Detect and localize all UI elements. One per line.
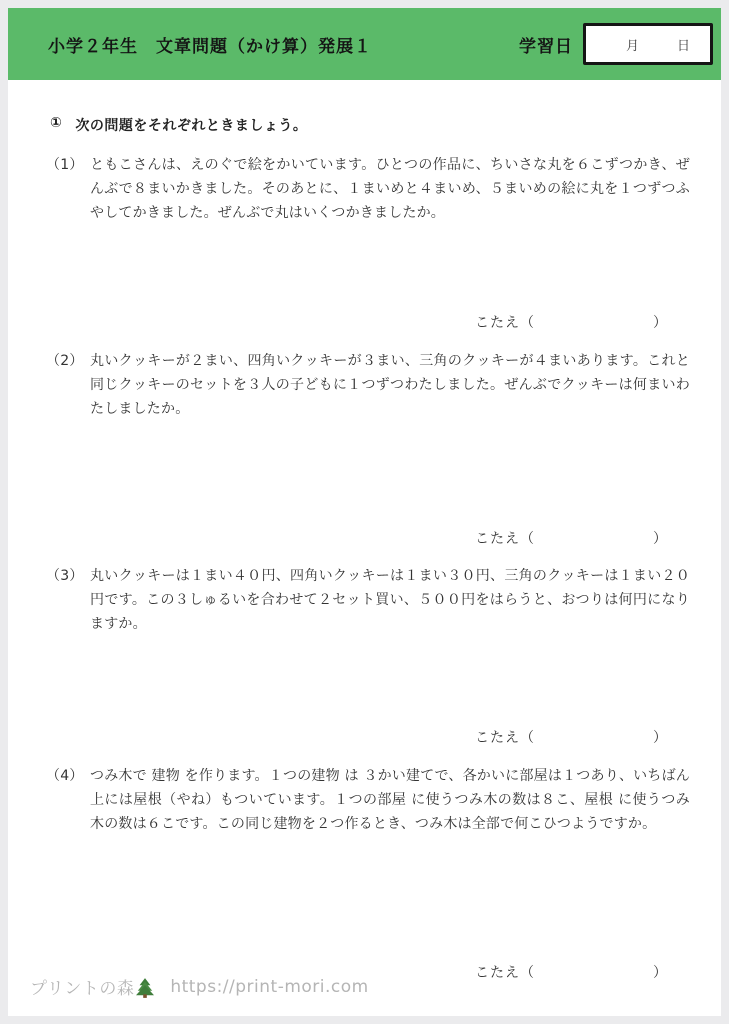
instruction-number: ① xyxy=(50,115,62,135)
problem-3-text: 丸いクッキーは１まい４０円、四角いクッキーは１まい３０円、三角のクッキーは１まい… xyxy=(90,564,690,636)
page-title: 小学２年生 文章問題（かけ算）発展１ xyxy=(48,32,519,57)
answer-line-2: こたえ（ ） xyxy=(475,528,668,548)
problem-3: （3） 丸いクッキーは１まい４０円、四角いクッキーは１まい３０円、三角のクッキー… xyxy=(46,564,690,636)
answer-line-3: こたえ（ ） xyxy=(475,727,668,747)
problem-2-text: 丸いクッキーが２まい、四角いクッキーが３まい、三角のクッキーが４まいあります。こ… xyxy=(90,349,690,421)
answer-4-label: こたえ（ xyxy=(475,962,535,982)
answer-3-label: こたえ（ xyxy=(475,727,535,747)
answer-3-close-paren: ） xyxy=(653,727,668,747)
problem-2-number: （2） xyxy=(46,349,90,421)
answer-1-label: こたえ（ xyxy=(475,312,535,332)
problem-2: （2） 丸いクッキーが２まい、四角いクッキーが３まい、三角のクッキーが４まいあり… xyxy=(46,349,690,421)
month-label: 月 xyxy=(626,35,639,54)
problem-3-number: （3） xyxy=(46,564,90,636)
worksheet-header: 小学２年生 文章問題（かけ算）発展１ 学習日 月 日 xyxy=(8,8,721,80)
evergreen-tree-icon xyxy=(136,978,154,998)
answer-line-1: こたえ（ ） xyxy=(475,312,668,332)
answer-line-4: こたえ（ ） xyxy=(475,962,668,982)
study-date-label: 学習日 xyxy=(519,32,573,57)
worksheet-page: 小学２年生 文章問題（かけ算）発展１ 学習日 月 日 ① 次の問題をそれぞれとき… xyxy=(8,8,721,1016)
date-entry-box: 月 日 xyxy=(583,23,713,65)
day-label: 日 xyxy=(677,35,690,54)
footer-credit: プリントの森 https://print-mori.com xyxy=(30,974,369,999)
problem-4: （4） つみ木で 建物 を作ります。１つの建物 は ３かい建てで、各かいに部屋は… xyxy=(46,764,690,836)
answer-4-close-paren: ） xyxy=(653,962,668,982)
problem-4-number: （4） xyxy=(46,764,90,836)
answer-2-close-paren: ） xyxy=(653,528,668,548)
answer-2-label: こたえ（ xyxy=(475,528,535,548)
problem-4-text: つみ木で 建物 を作ります。１つの建物 は ３かい建てで、各かいに部屋は１つあり… xyxy=(90,764,690,836)
answer-1-close-paren: ） xyxy=(653,312,668,332)
footer-url: https://print-mori.com xyxy=(170,977,368,997)
problem-1: （1） ともこさんは、えのぐで絵をかいています。ひとつの作品に、ちいさな丸を６こ… xyxy=(46,153,690,225)
problem-1-text: ともこさんは、えのぐで絵をかいています。ひとつの作品に、ちいさな丸を６こずつかき… xyxy=(90,153,690,225)
study-date-group: 学習日 月 日 xyxy=(519,23,713,65)
instruction-text: 次の問題をそれぞれときましょう。 xyxy=(75,115,307,135)
instruction-line: ① 次の問題をそれぞれときましょう。 xyxy=(50,115,307,135)
problem-1-number: （1） xyxy=(46,153,90,225)
footer-site-name: プリントの森 xyxy=(30,974,134,999)
